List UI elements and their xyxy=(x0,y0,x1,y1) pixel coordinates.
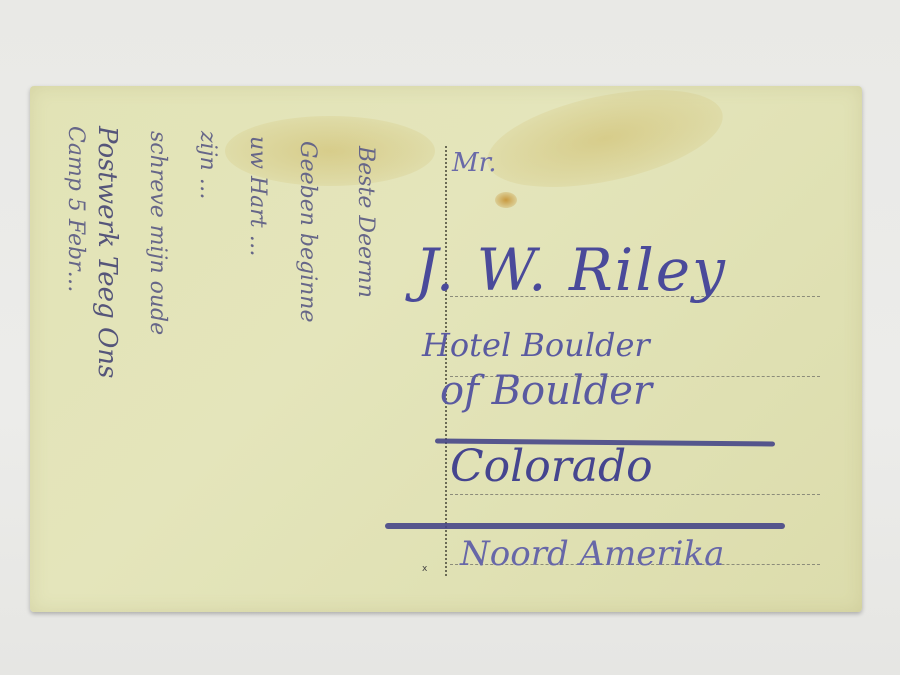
printed-mark: x xyxy=(422,564,427,574)
address-line2: of Boulder xyxy=(440,368,652,414)
message-line: Camp 5 Febr… xyxy=(63,126,88,293)
address-state: Colorado xyxy=(450,441,653,492)
stain-spot xyxy=(495,192,517,208)
address-salutation: Mr. xyxy=(452,148,496,178)
address-line1: Hotel Boulder xyxy=(422,326,650,364)
message-line: Geeben beginne xyxy=(295,141,320,322)
message-line: zijn … xyxy=(195,131,220,200)
water-stain xyxy=(479,72,731,205)
address-line xyxy=(450,494,820,495)
message-line: Postwerk Teeg Ons xyxy=(92,126,122,378)
address-name: J. W. Riley xyxy=(415,236,727,304)
underline-stroke xyxy=(385,523,785,529)
message-line: Beste Deernn xyxy=(353,146,378,298)
address-country: Noord Amerika xyxy=(460,534,724,574)
postcard: Mr. J. W. Riley Hotel Boulder of Boulder… xyxy=(30,86,862,612)
message-line: schreve mijn oude xyxy=(145,131,170,335)
message-line: uw Hart … xyxy=(245,136,270,257)
